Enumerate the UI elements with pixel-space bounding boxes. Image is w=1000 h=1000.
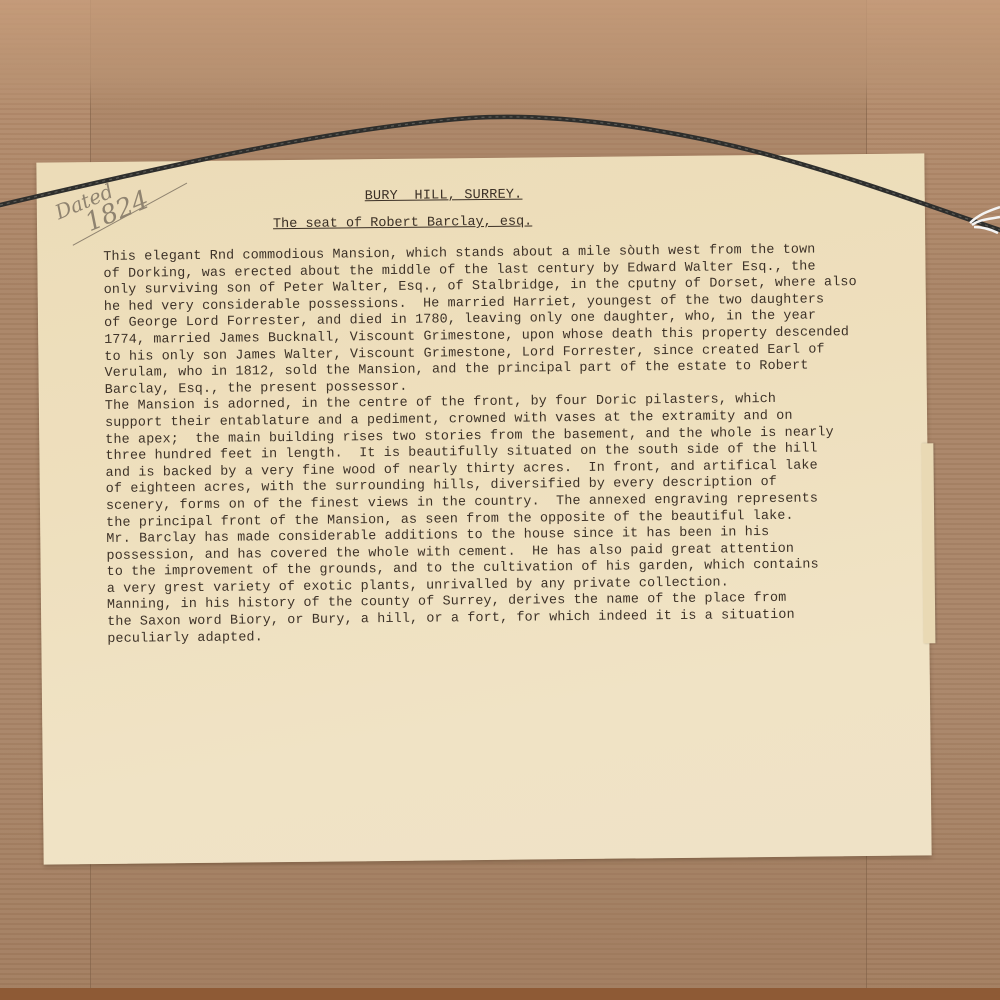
document-subtitle: The seat of Robert Barclay, esq. bbox=[273, 214, 532, 232]
white-string-knot bbox=[968, 205, 1000, 235]
frame-edge-bottom bbox=[0, 988, 1000, 1000]
typed-document-sheet: Dated 1824 BURY HILL, SURREY. The seat o… bbox=[36, 153, 931, 864]
torn-tape-top bbox=[0, 0, 1000, 110]
pencil-annotation: Dated 1824 bbox=[52, 168, 152, 243]
document-title: BURY HILL, SURREY. bbox=[365, 188, 523, 205]
document-body: This elegant Rnd commodious Mansion, whi… bbox=[103, 242, 907, 649]
